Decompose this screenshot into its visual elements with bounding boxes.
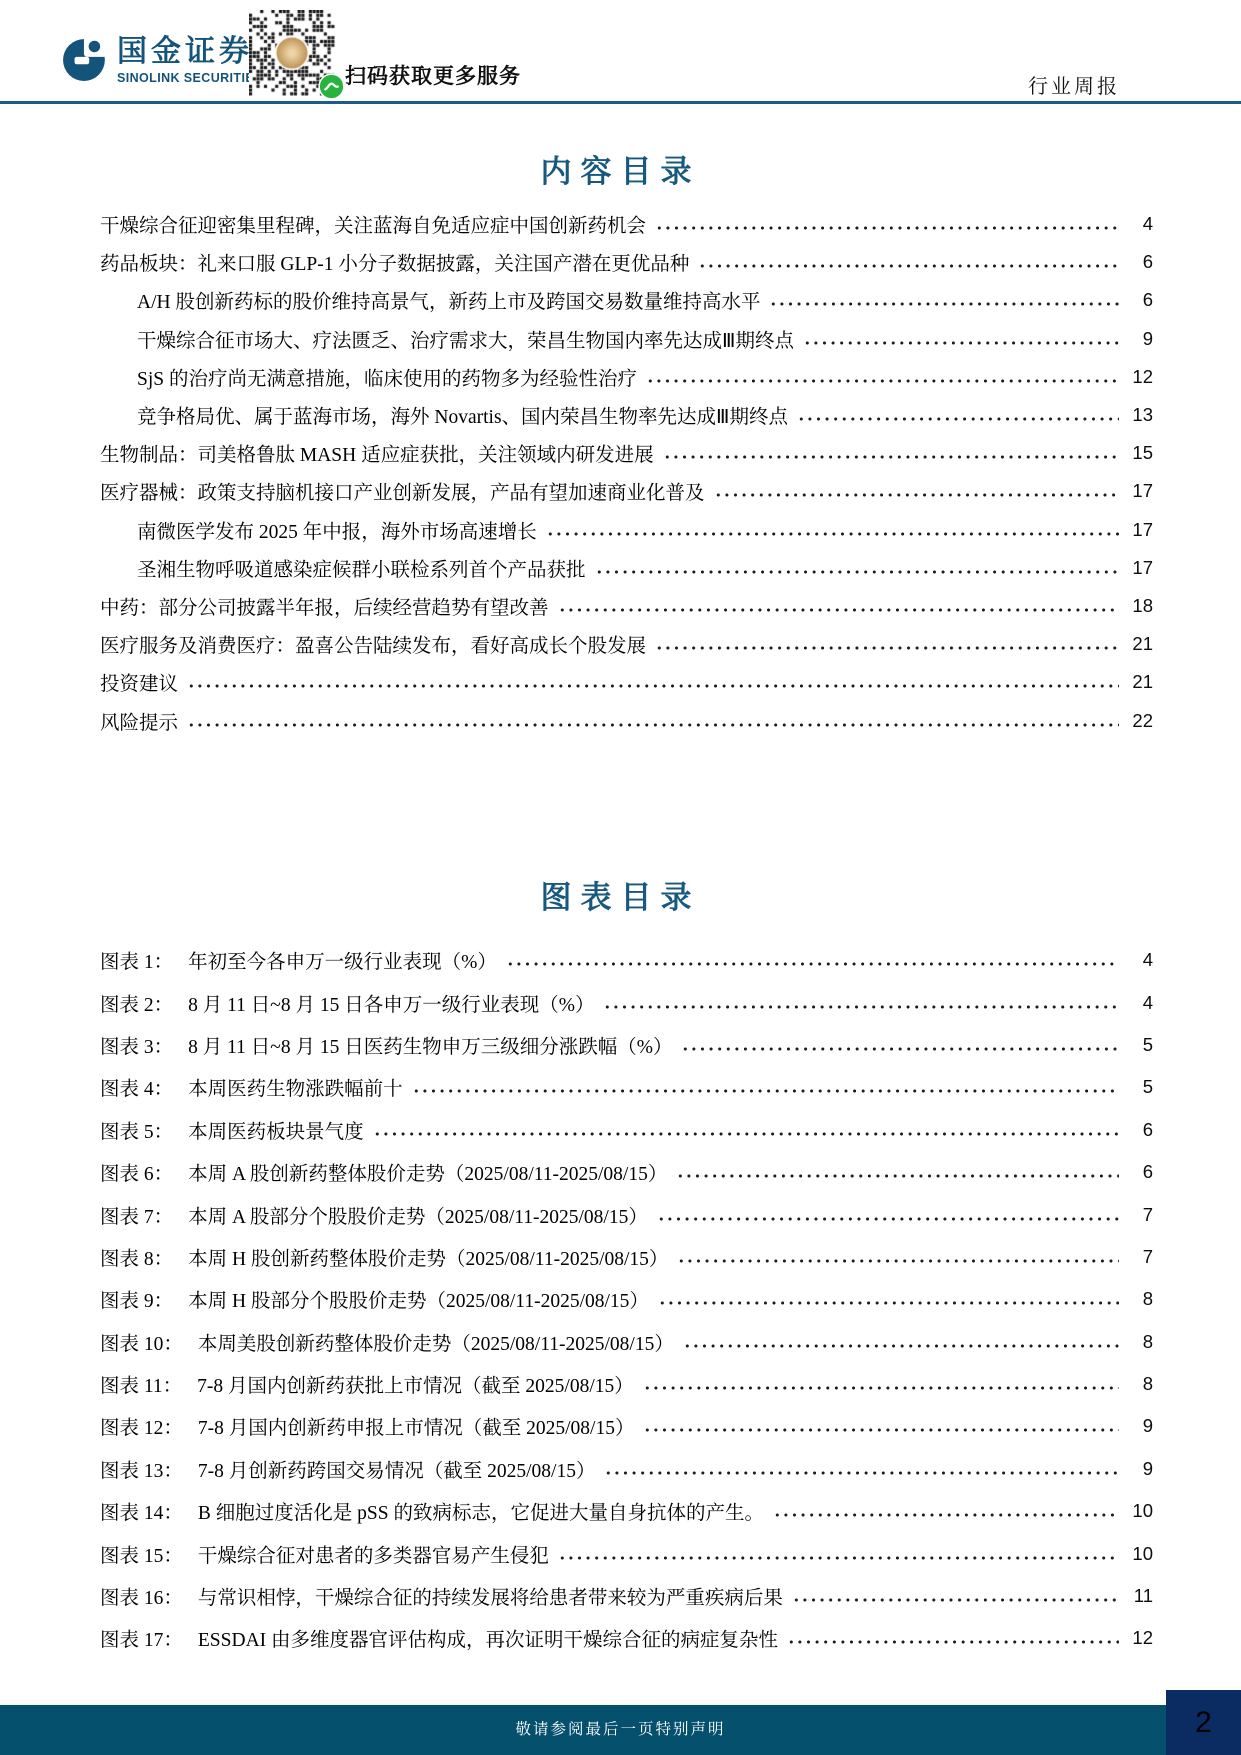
toc-item-label: 干燥综合征市场大、疗法匮乏、治疗需求大，荣昌生物国内率先达成Ⅲ期终点 <box>137 325 794 353</box>
dot-leader <box>663 454 1119 460</box>
figure-item-page: 7 <box>1123 1246 1153 1268</box>
toc-item-page: 12 <box>1123 366 1153 388</box>
figure-item-label: 本周 A 股创新药整体股价走势（2025/08/11-2025/08/15） <box>188 1158 667 1186</box>
dot-leader <box>658 1300 1119 1306</box>
figure-item-label: 7-8 月国内创新药获批上市情况（截至 2025/08/15） <box>197 1370 634 1398</box>
figure-item-number: 图表 5： <box>100 1116 173 1144</box>
toc-item-label: SjS 的治疗尚无满意措施，临床使用的药物多为经验性治疗 <box>137 363 637 391</box>
footer-disclaimer: 敬请参阅最后一页特别声明 <box>0 1705 1241 1755</box>
figure-item[interactable]: 图表 7： 本周 A 股部分个股股价走势（2025/08/11-2025/08/… <box>100 1193 1153 1235</box>
figure-item[interactable]: 图表 10： 本周美股创新药整体股价走势（2025/08/11-2025/08/… <box>100 1321 1153 1363</box>
figure-item[interactable]: 图表 2： 8 月 11 日~8 月 15 日各申万一级行业表现（%） 4 <box>100 981 1153 1023</box>
dot-leader <box>643 1385 1119 1391</box>
report-type-label: 行业周报 <box>1028 70 1120 99</box>
figure-item-page: 4 <box>1123 949 1153 971</box>
toc-item-page: 9 <box>1123 328 1153 350</box>
dot-leader <box>787 1639 1119 1645</box>
figure-item-page: 4 <box>1123 992 1153 1014</box>
figure-item-label: B 细胞过度活化是 pSS 的致病标志，它促进大量自身抗体的产生。 <box>198 1497 764 1525</box>
toc-item-page: 13 <box>1123 404 1153 426</box>
logo-text: 国金证券 SINOLINK SECURITIES <box>117 36 263 85</box>
qr-code <box>249 8 341 102</box>
dot-leader <box>373 1131 1119 1137</box>
toc-title: 内容目录 <box>0 146 1241 191</box>
dot-leader <box>603 1004 1119 1010</box>
figure-item[interactable]: 图表 14： B 细胞过度活化是 pSS 的致病标志，它促进大量自身抗体的产生。… <box>100 1490 1153 1532</box>
dot-leader <box>604 1470 1119 1476</box>
figure-item-number: 图表 7： <box>100 1201 173 1229</box>
figure-item-number: 图表 14： <box>100 1497 183 1525</box>
toc-item-page: 15 <box>1123 442 1153 464</box>
toc-item[interactable]: 投资建议 21 <box>100 663 1153 701</box>
toc-item-label: 中药：部分公司披露半年报，后续经营趋势有望改善 <box>100 592 549 620</box>
figure-item-page: 6 <box>1123 1161 1153 1183</box>
page-header: 国金证券 SINOLINK SECURITIES 扫码获取更多服务 行业周报 <box>0 0 1241 101</box>
wechat-icon <box>318 73 345 100</box>
figure-item-page: 10 <box>1123 1543 1153 1565</box>
dot-leader <box>412 1088 1119 1094</box>
figure-item[interactable]: 图表 4： 本周医药生物涨跌幅前十 5 <box>100 1066 1153 1108</box>
figure-item-number: 图表 8： <box>100 1243 173 1271</box>
figure-item-label: 8 月 11 日~8 月 15 日各申万一级行业表现（%） <box>188 989 594 1017</box>
page-number-box: 2 <box>1166 1690 1241 1755</box>
dot-leader <box>646 378 1119 384</box>
figure-item-page: 11 <box>1123 1585 1153 1607</box>
toc-item-label: 生物制品：司美格鲁肽 MASH 适应症获批，关注领域内研发进展 <box>100 439 654 467</box>
figure-item-page: 5 <box>1123 1076 1153 1098</box>
figure-item[interactable]: 图表 3： 8 月 11 日~8 月 15 日医药生物申万三级细分涨跌幅（%） … <box>100 1024 1153 1066</box>
toc-item-label: 南微医学发布 2025 年中报，海外市场高速增长 <box>137 516 537 544</box>
toc-item[interactable]: A/H 股创新药标的股价维持高景气，新药上市及跨国交易数量维持高水平 6 <box>100 281 1153 319</box>
toc-item-page: 17 <box>1123 480 1153 502</box>
figure-item-page: 8 <box>1123 1288 1153 1310</box>
dot-leader <box>792 1597 1119 1603</box>
figure-item-label: 本周 H 股部分个股股价走势（2025/08/11-2025/08/15） <box>188 1285 649 1313</box>
dot-leader <box>546 531 1119 537</box>
figure-item-number: 图表 2： <box>100 989 173 1017</box>
dot-leader <box>655 645 1119 651</box>
company-logo: 国金证券 SINOLINK SECURITIES <box>62 36 263 85</box>
toc-item-label: 圣湘生物呼吸道感染症候群小联检系列首个产品获批 <box>137 554 586 582</box>
dot-leader <box>506 961 1119 967</box>
toc-item-label: 竞争格局优、属于蓝海市场，海外 Novartis、国内荣昌生物率先达成Ⅲ期终点 <box>137 401 788 429</box>
figure-item[interactable]: 图表 16： 与常识相悖，干燥综合征的持续发展将给患者带来较为严重疾病后果 11 <box>100 1575 1153 1617</box>
toc-item-page: 17 <box>1123 557 1153 579</box>
toc-item[interactable]: 竞争格局优、属于蓝海市场，海外 Novartis、国内荣昌生物率先达成Ⅲ期终点 … <box>100 396 1153 434</box>
footer-bar: 敬请参阅最后一页特别声明 <box>0 1705 1241 1755</box>
dot-leader <box>769 301 1119 307</box>
toc-item-label: 医疗器械：政策支持脑机接口产业创新发展，产品有望加速商业化普及 <box>100 477 705 505</box>
dot-leader <box>655 225 1119 231</box>
toc-item[interactable]: 医疗器械：政策支持脑机接口产业创新发展，产品有望加速商业化普及 17 <box>100 472 1153 510</box>
toc-item-label: 风险提示 <box>100 707 178 735</box>
figure-item-number: 图表 11： <box>100 1370 182 1398</box>
dot-leader <box>187 683 1119 689</box>
toc-item-page: 6 <box>1123 289 1153 311</box>
toc-list: 干燥综合征迎密集里程碑，关注蓝海自免适应症中国创新药机会 4 药品板块：礼来口服… <box>100 205 1153 740</box>
toc-item[interactable]: 药品板块：礼来口服 GLP-1 小分子数据披露，关注国产潜在更优品种 6 <box>100 243 1153 281</box>
figures-title: 图表目录 <box>0 872 1241 917</box>
header-divider <box>0 101 1241 104</box>
figure-item[interactable]: 图表 5： 本周医药板块景气度 6 <box>100 1109 1153 1151</box>
toc-item[interactable]: 干燥综合征市场大、疗法匮乏、治疗需求大，荣昌生物国内率先达成Ⅲ期终点 9 <box>100 320 1153 358</box>
toc-item-page: 17 <box>1123 519 1153 541</box>
dot-leader <box>698 263 1119 269</box>
figure-item-number: 图表 13： <box>100 1455 183 1483</box>
figure-item[interactable]: 图表 1： 年初至今各申万一级行业表现（%） 4 <box>100 939 1153 981</box>
figure-item[interactable]: 图表 11： 7-8 月国内创新药获批上市情况（截至 2025/08/15） 8 <box>100 1363 1153 1405</box>
figure-item-label: 8 月 11 日~8 月 15 日医药生物申万三级细分涨跌幅（%） <box>188 1031 672 1059</box>
toc-item[interactable]: 生物制品：司美格鲁肽 MASH 适应症获批，关注领域内研发进展 15 <box>100 434 1153 472</box>
dot-leader <box>643 1427 1119 1433</box>
toc-item-label: 医疗服务及消费医疗：盈喜公告陆续发布，看好高成长个股发展 <box>100 630 646 658</box>
figure-item-number: 图表 1： <box>100 946 173 974</box>
figure-item-label: 7-8 月创新药跨国交易情况（截至 2025/08/15） <box>198 1455 596 1483</box>
figure-item-number: 图表 17： <box>100 1624 183 1652</box>
toc-item-page: 22 <box>1123 710 1153 732</box>
figure-item-number: 图表 3： <box>100 1031 173 1059</box>
figure-item-number: 图表 12： <box>100 1412 183 1440</box>
dot-leader <box>558 607 1119 613</box>
figure-item-label: 7-8 月国内创新药申报上市情况（截至 2025/08/15） <box>198 1412 635 1440</box>
figure-item-number: 图表 9： <box>100 1285 173 1313</box>
sinolink-logo-icon <box>62 36 108 82</box>
figure-item[interactable]: 图表 9： 本周 H 股部分个股股价走势（2025/08/11-2025/08/… <box>100 1278 1153 1320</box>
dot-leader <box>595 569 1119 575</box>
figure-item-label: 干燥综合征对患者的多类器官易产生侵犯 <box>198 1540 549 1568</box>
figure-item-page: 8 <box>1123 1373 1153 1395</box>
figure-item[interactable]: 图表 8： 本周 H 股创新药整体股价走势（2025/08/11-2025/08… <box>100 1236 1153 1278</box>
logo-name-cn: 国金证券 <box>117 36 263 68</box>
figure-item-page: 6 <box>1123 1119 1153 1141</box>
toc-item[interactable]: 风险提示 22 <box>100 701 1153 739</box>
figure-item-label: 本周美股创新药整体股价走势（2025/08/11-2025/08/15） <box>198 1328 674 1356</box>
figure-item-label: 本周医药生物涨跌幅前十 <box>188 1073 403 1101</box>
toc-item-page: 6 <box>1123 251 1153 273</box>
figure-item-label: 本周 H 股创新药整体股价走势（2025/08/11-2025/08/15） <box>188 1243 668 1271</box>
toc-item[interactable]: 干燥综合征迎密集里程碑，关注蓝海自免适应症中国创新药机会 4 <box>100 205 1153 243</box>
figure-item-page: 9 <box>1123 1415 1153 1437</box>
figure-item[interactable]: 图表 15： 干燥综合征对患者的多类器官易产生侵犯 10 <box>100 1532 1153 1574</box>
toc-item[interactable]: 医疗服务及消费医疗：盈喜公告陆续发布，看好高成长个股发展 21 <box>100 625 1153 663</box>
toc-item-page: 21 <box>1123 633 1153 655</box>
toc-item[interactable]: SjS 的治疗尚无满意措施，临床使用的药物多为经验性治疗 12 <box>100 358 1153 396</box>
qr-caption: 扫码获取更多服务 <box>345 60 521 90</box>
figure-item-label: 年初至今各申万一级行业表现（%） <box>188 946 497 974</box>
dot-leader <box>714 492 1119 498</box>
dot-leader <box>558 1555 1119 1561</box>
figure-item-page: 5 <box>1123 1034 1153 1056</box>
figure-item-number: 图表 16： <box>100 1582 183 1610</box>
dot-leader <box>657 1216 1119 1222</box>
figure-item-label: 本周 A 股部分个股股价走势（2025/08/11-2025/08/15） <box>188 1201 648 1229</box>
figure-item-number: 图表 15： <box>100 1540 183 1568</box>
figure-item-label: ESSDAI 由多维度器官评估构成，再次证明干燥综合征的病症复杂性 <box>198 1624 778 1652</box>
toc-item-label: 投资建议 <box>100 668 178 696</box>
dot-leader <box>187 722 1119 728</box>
figure-item-page: 9 <box>1123 1458 1153 1480</box>
figure-item-number: 图表 10： <box>100 1328 183 1356</box>
figure-item-number: 图表 4： <box>100 1073 173 1101</box>
dot-leader <box>803 340 1119 346</box>
dot-leader <box>797 416 1119 422</box>
figure-item-page: 7 <box>1123 1204 1153 1226</box>
dot-leader <box>677 1258 1119 1264</box>
figure-item[interactable]: 图表 12： 7-8 月国内创新药申报上市情况（截至 2025/08/15） 9 <box>100 1405 1153 1447</box>
toc-item-page: 4 <box>1123 213 1153 235</box>
figure-item-label: 本周医药板块景气度 <box>188 1116 364 1144</box>
toc-item[interactable]: 中药：部分公司披露半年报，后续经营趋势有望改善 18 <box>100 587 1153 625</box>
figure-item[interactable]: 图表 6： 本周 A 股创新药整体股价走势（2025/08/11-2025/08… <box>100 1151 1153 1193</box>
figure-item-page: 12 <box>1123 1627 1153 1649</box>
dot-leader <box>683 1343 1119 1349</box>
figures-list: 图表 1： 年初至今各申万一级行业表现（%） 4 图表 2： 8 月 11 日~… <box>100 939 1153 1660</box>
toc-item-label: 药品板块：礼来口服 GLP-1 小分子数据披露，关注国产潜在更优品种 <box>100 248 689 276</box>
toc-item[interactable]: 南微医学发布 2025 年中报，海外市场高速增长 17 <box>100 511 1153 549</box>
figure-item[interactable]: 图表 17： ESSDAI 由多维度器官评估构成，再次证明干燥综合征的病症复杂性… <box>100 1617 1153 1659</box>
logo-name-en: SINOLINK SECURITIES <box>117 71 263 85</box>
figure-item-label: 与常识相悖，干燥综合征的持续发展将给患者带来较为严重疾病后果 <box>198 1582 783 1610</box>
toc-item-label: A/H 股创新药标的股价维持高景气，新药上市及跨国交易数量维持高水平 <box>137 286 760 314</box>
dot-leader <box>773 1512 1119 1518</box>
page-number: 2 <box>1195 1706 1212 1740</box>
dot-leader <box>681 1046 1119 1052</box>
figure-item-number: 图表 6： <box>100 1158 173 1186</box>
toc-item-page: 18 <box>1123 595 1153 617</box>
toc-item-label: 干燥综合征迎密集里程碑，关注蓝海自免适应症中国创新药机会 <box>100 210 646 238</box>
report-page: 国金证券 SINOLINK SECURITIES 扫码获取更多服务 行业周报 内… <box>0 0 1241 1755</box>
figure-item-page: 8 <box>1123 1331 1153 1353</box>
dot-leader <box>676 1173 1119 1179</box>
figure-item-page: 10 <box>1123 1500 1153 1522</box>
toc-item-page: 21 <box>1123 671 1153 693</box>
toc-item[interactable]: 圣湘生物呼吸道感染症候群小联检系列首个产品获批 17 <box>100 549 1153 587</box>
figure-item[interactable]: 图表 13： 7-8 月创新药跨国交易情况（截至 2025/08/15） 9 <box>100 1448 1153 1490</box>
